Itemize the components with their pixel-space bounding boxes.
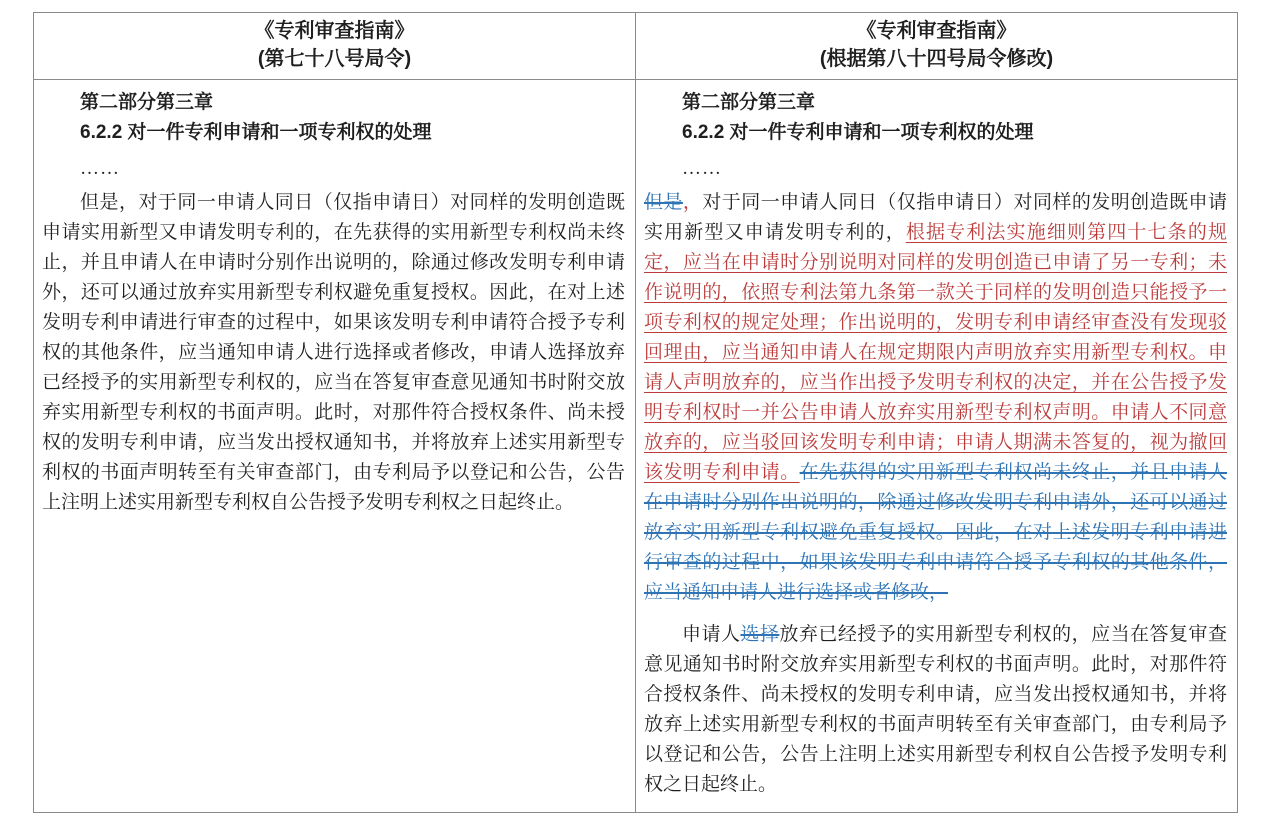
header-original-version: 《专利审查指南》 (第七十八号局令) bbox=[34, 13, 636, 79]
deleted-run: 但是 bbox=[644, 192, 683, 213]
modified-decree-subtitle: (根据第八十四号局令修改) bbox=[636, 45, 1237, 73]
header-modified-version: 《专利审查指南》 (根据第八十四号局令修改) bbox=[636, 13, 1237, 79]
red-comma-run: ， bbox=[683, 192, 702, 213]
modified-subsection-heading: 6.2.2 对一件专利申请和一项专利权的处理 bbox=[644, 118, 1227, 148]
modified-ellipsis: …… bbox=[644, 156, 1227, 182]
original-decree-subtitle: (第七十八号局令) bbox=[34, 45, 635, 73]
modified-text-cell: 第二部分第三章 6.2.2 对一件专利申请和一项专利权的处理 …… 但是，对于同… bbox=[636, 80, 1237, 733]
original-text-cell: 第二部分第三章 6.2.2 对一件专利申请和一项专利权的处理 …… 但是，对于同… bbox=[34, 80, 636, 733]
table-header-row: 《专利审查指南》 (第七十八号局令) 《专利审查指南》 (根据第八十四号局令修改… bbox=[34, 13, 1237, 80]
original-paragraph: 但是，对于同一申请人同日（仅指申请日）对同样的发明创造既申请实用新型又申请发明专… bbox=[42, 188, 625, 518]
original-subsection-heading: 6.2.2 对一件专利申请和一项专利权的处理 bbox=[42, 118, 625, 148]
unchanged-run: 申请人 bbox=[682, 624, 740, 645]
original-section-heading: 第二部分第三章 bbox=[42, 88, 625, 118]
comparison-table: 《专利审查指南》 (第七十八号局令) 《专利审查指南》 (根据第八十四号局令修改… bbox=[33, 12, 1238, 733]
original-ellipsis: …… bbox=[42, 156, 625, 182]
table-body-row: 第二部分第三章 6.2.2 对一件专利申请和一项专利权的处理 …… 但是，对于同… bbox=[34, 80, 1237, 733]
modified-section-heading: 第二部分第三章 bbox=[644, 88, 1227, 118]
inserted-run: 根据专利法实施细则第四十七条的规定，应当在申请时分别说明对同样的发明创造已申请了… bbox=[644, 222, 1227, 483]
modified-paragraph-1: 但是，对于同一申请人同日（仅指申请日）对同样的发明创造既申请实用新型又申请发明专… bbox=[644, 188, 1227, 608]
modified-guide-title: 《专利审查指南》 bbox=[636, 17, 1237, 45]
modified-paragraph-2: 申请人选择放弃已经授予的实用新型专利权的，应当在答复审查意见通知书时附交放弃实用… bbox=[644, 620, 1227, 733]
deleted-run: 在先获得的实用新型专利权尚未终止，并且申请人在申请时分别作出说明的，除通过修改发… bbox=[644, 462, 1227, 603]
original-guide-title: 《专利审查指南》 bbox=[34, 17, 635, 45]
deleted-run: 选择 bbox=[740, 624, 779, 645]
